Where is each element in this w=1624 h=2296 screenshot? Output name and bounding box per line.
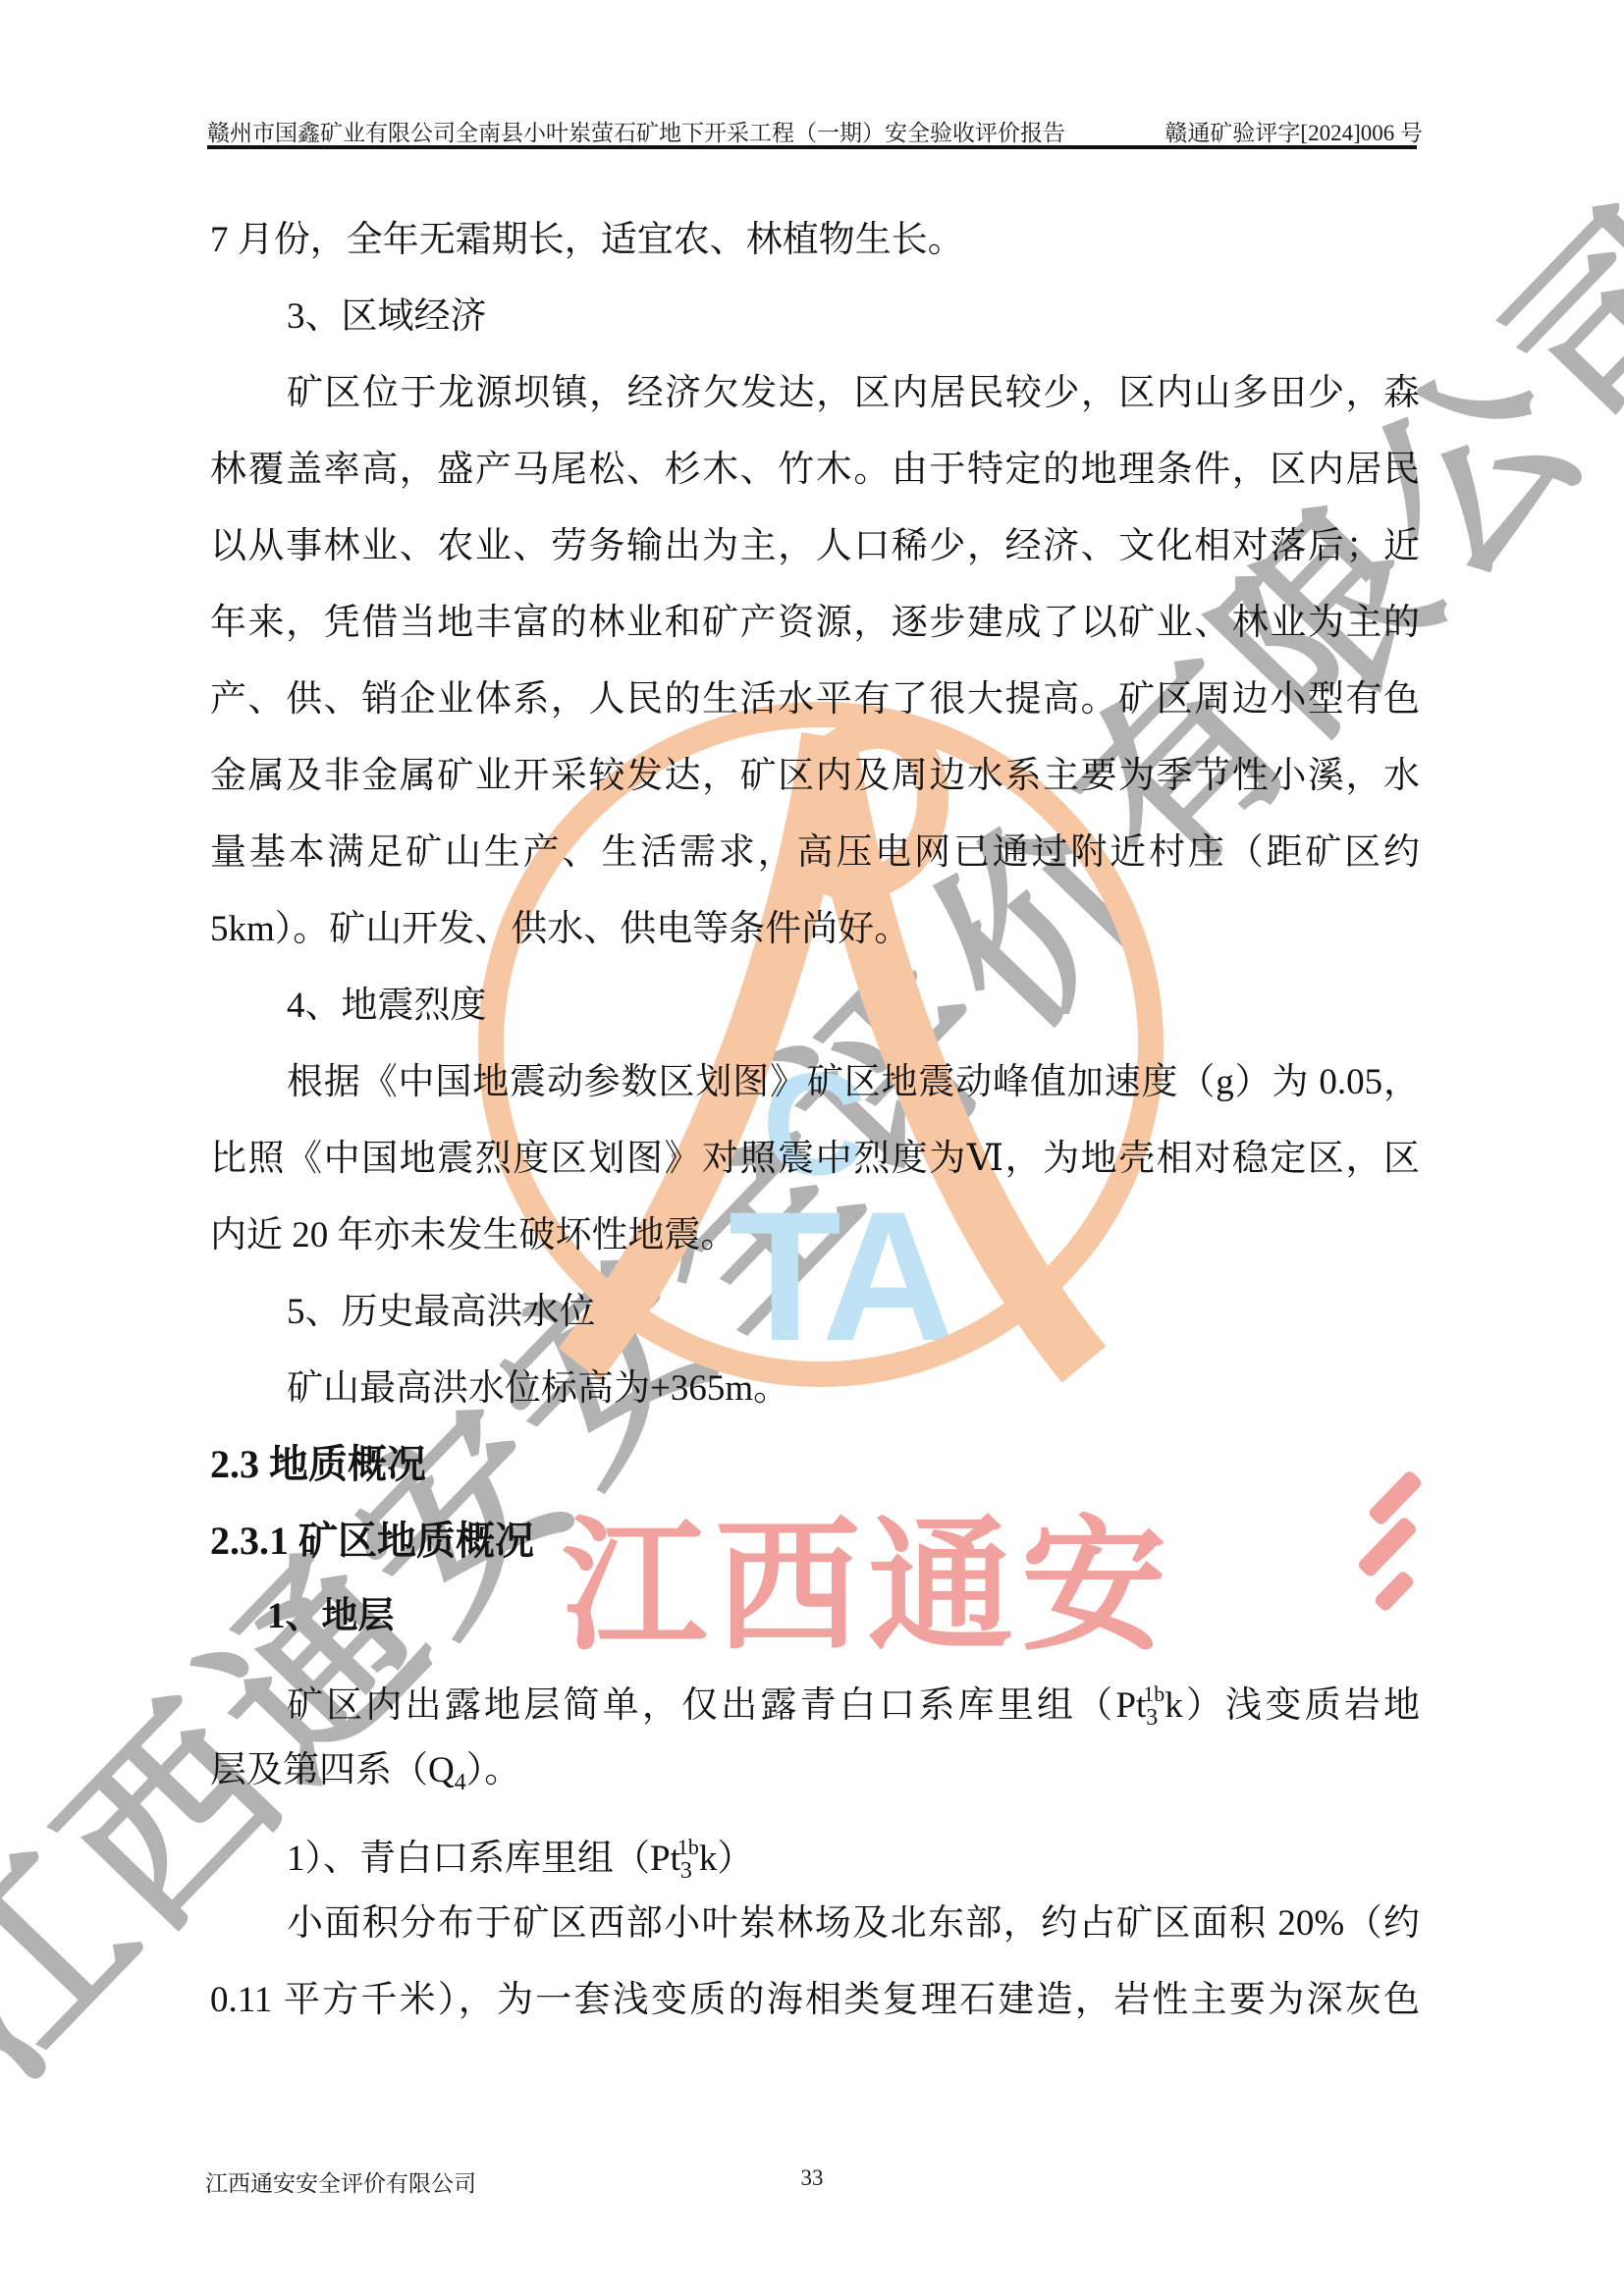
body-line: 林覆盖率高，盛产马尾松、杉木、竹木。由于特定的地理条件，区内居民 [210, 449, 1420, 492]
body-line: 内近 20 年亦未发生破坏性地震。 [210, 1214, 737, 1257]
superscript: 1b [1143, 1682, 1164, 1706]
body-line: 根据《中国地震动参数区划图》矿区地震动峰值加速度（g）为 0.05， [287, 1061, 1420, 1104]
body-line: 3、区域经济 [287, 295, 487, 339]
body-line: 量基本满足矿山生产、生活需求，高压电网已通过附近村庄（距矿区约 [210, 831, 1420, 875]
body-line: 年来，凭借当地丰富的林业和矿产资源，逐步建成了以矿业、林业为主的 [210, 602, 1420, 645]
body-line: 以从事林业、农业、劳务输出为主，人口稀少，经济、文化相对落后；近 [210, 525, 1420, 568]
section-heading-2-3-1: 2.3.1 矿区地质概况 [210, 1519, 534, 1564]
subscript: 3 [1146, 1705, 1158, 1731]
line-text: 1）、青白口系库里组（Pt [287, 1839, 680, 1879]
body-line: 矿区位于龙源坝镇，经济欠发达，区内居民较少，区内山多田少，森 [287, 372, 1420, 415]
footer-page-number: 33 [0, 2165, 1624, 2191]
line-text: ）。 [466, 1750, 521, 1790]
line-text: 矿区内出露地层简单，仅出露青白口系库里组（Pt [287, 1685, 1146, 1726]
body-line: 1）、青白口系库里组（Pt31bk） [287, 1826, 753, 1893]
body-line: 0.11 平方千米），为一套浅变质的海相类复理石建造，岩性主要为深灰色 [210, 1979, 1420, 2022]
line-text: 层及第四系（Q [210, 1750, 455, 1790]
document-page: 江西通安安全评价有限公司 C TA 江西通安 赣州市国鑫矿业有限公司全南县小叶岽… [0, 0, 1624, 2296]
body-line: 金属及非金属矿业开采较发达，矿区内及周边水系主要为季节性小溪，水 [210, 755, 1420, 798]
body-line: 7 月份，全年无霜期长，适宜农、林植物生长。 [210, 219, 964, 262]
header-rule [207, 145, 1417, 149]
line-text: k）浅变质岩地 [1164, 1685, 1420, 1726]
body-line: 产、供、销企业体系，人民的生活水平有了很大提高。矿区周边小型有色 [210, 678, 1420, 721]
header-report-title: 赣州市国鑫矿业有限公司全南县小叶岽萤石矿地下开采工程（一期）安全验收评价报告 [207, 115, 1065, 147]
body-line: 矿山最高洪水位标高为+365m。 [287, 1367, 789, 1411]
body-line: 4、地震烈度 [287, 985, 487, 1028]
section-heading-2-3: 2.3 地质概况 [210, 1442, 426, 1487]
text-layer: 赣州市国鑫矿业有限公司全南县小叶岽萤石矿地下开采工程（一期）安全验收评价报告 赣… [0, 0, 1624, 2296]
superscript: 1b [677, 1835, 699, 1859]
header-doc-number: 赣通矿验评字[2024]006 号 [1164, 115, 1423, 147]
body-line: 矿区内出露地层简单，仅出露青白口系库里组（Pt31bk）浅变质岩地 [287, 1673, 1420, 1739]
body-line: 5、历史最高洪水位 [287, 1291, 596, 1334]
body-line: 小面积分布于矿区西部小叶岽林场及北东部，约占矿区面积 20%（约 [287, 1902, 1420, 1946]
body-line: 5km）。矿山开发、供水、供电等条件尚好。 [210, 908, 910, 951]
subscript: 4 [455, 1770, 466, 1795]
sub-heading-dicen: 1、地层 [267, 1595, 395, 1638]
body-line: 层及第四系（Q4）。 [210, 1749, 520, 1804]
subscript: 3 [680, 1858, 692, 1884]
body-line: 比照《中国地震烈度区划图》对照震中烈度为Ⅵ，为地壳相对稳定区，区 [210, 1138, 1420, 1181]
line-text: k） [699, 1839, 754, 1879]
